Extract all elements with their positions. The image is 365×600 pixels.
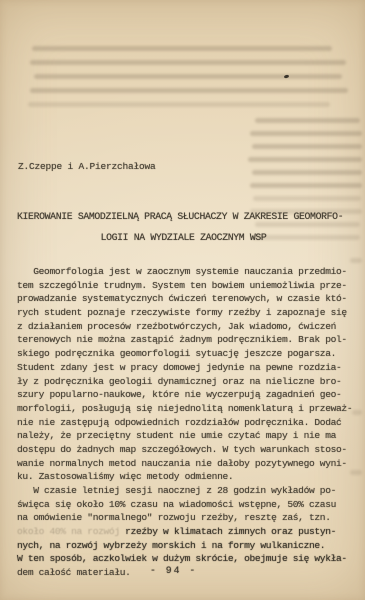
body-line: morfologii, posługują się niejednolitą n… [17,402,359,416]
body-line: skiego podręcznika geomorfologii sytuacj… [17,347,359,361]
body-line: rych student poznaje rzeczywiste formy r… [17,306,359,320]
body-line: około 40% na rozwój rzeźby w klimatach z… [17,525,359,539]
article-title: KIEROWANIE SAMODZIELNĄ PRACĄ SŁUCHACZY W… [17,211,350,243]
title-line-1: KIEROWANIE SAMODZIELNĄ PRACĄ SŁUCHACZY W… [17,211,350,222]
body-line: z działaniem procesów rzeźbotwórczych, J… [17,320,359,334]
body-line: wanie normalnych metod nauczania nie dał… [17,457,359,471]
body-line: święca się około 10% czasu na wiadomości… [17,498,359,512]
scanned-page: Z.Czeppe i A.Pierzchałowa KIEROWANIE SAM… [0,0,365,600]
body-line: Student zdany jest w pracy domowej jedyn… [17,361,359,375]
body-line: ły z podręcznika geologii dynamicznej or… [17,375,359,389]
body-text: Geomorfologia jest w zaocznym systemie n… [17,265,359,580]
body-line: dostępu do żadnych map szczegółowych. W … [17,443,359,457]
body-line: nie nie zastępują odpowiednich rozdziałó… [17,416,359,430]
body-line: tem szczególnie trudnym. System ten bowi… [17,279,359,293]
page-number: - 94 - [150,565,197,576]
title-line-2: LOGII NA WYDZIALE ZAOCZNYM WSP [17,232,350,243]
body-line: Geomorfologia jest w zaocznym systemie n… [17,265,359,279]
body-line: prowadzanie systematycznych ćwiczeń tere… [17,292,359,306]
body-line: na omówienie "normalnego" rozwoju rzeźby… [17,511,359,525]
author-line: Z.Czeppe i A.Pierzchałowa [18,161,156,172]
body-line: należy, że przeciętny student nie umie c… [17,429,359,443]
body-line: terenowych nie można zastąpić żadnym pod… [17,333,359,347]
body-line: nych, na rozwój wybrzeży morskich i na f… [17,539,359,553]
body-line: ku. Zastosowaliśmy więc metody odmienne. [17,470,359,484]
body-line: szury popularno-naukowe, które nie wycze… [17,388,359,402]
body-line: W czasie letniej sesji naocznej z 28 god… [17,484,359,498]
